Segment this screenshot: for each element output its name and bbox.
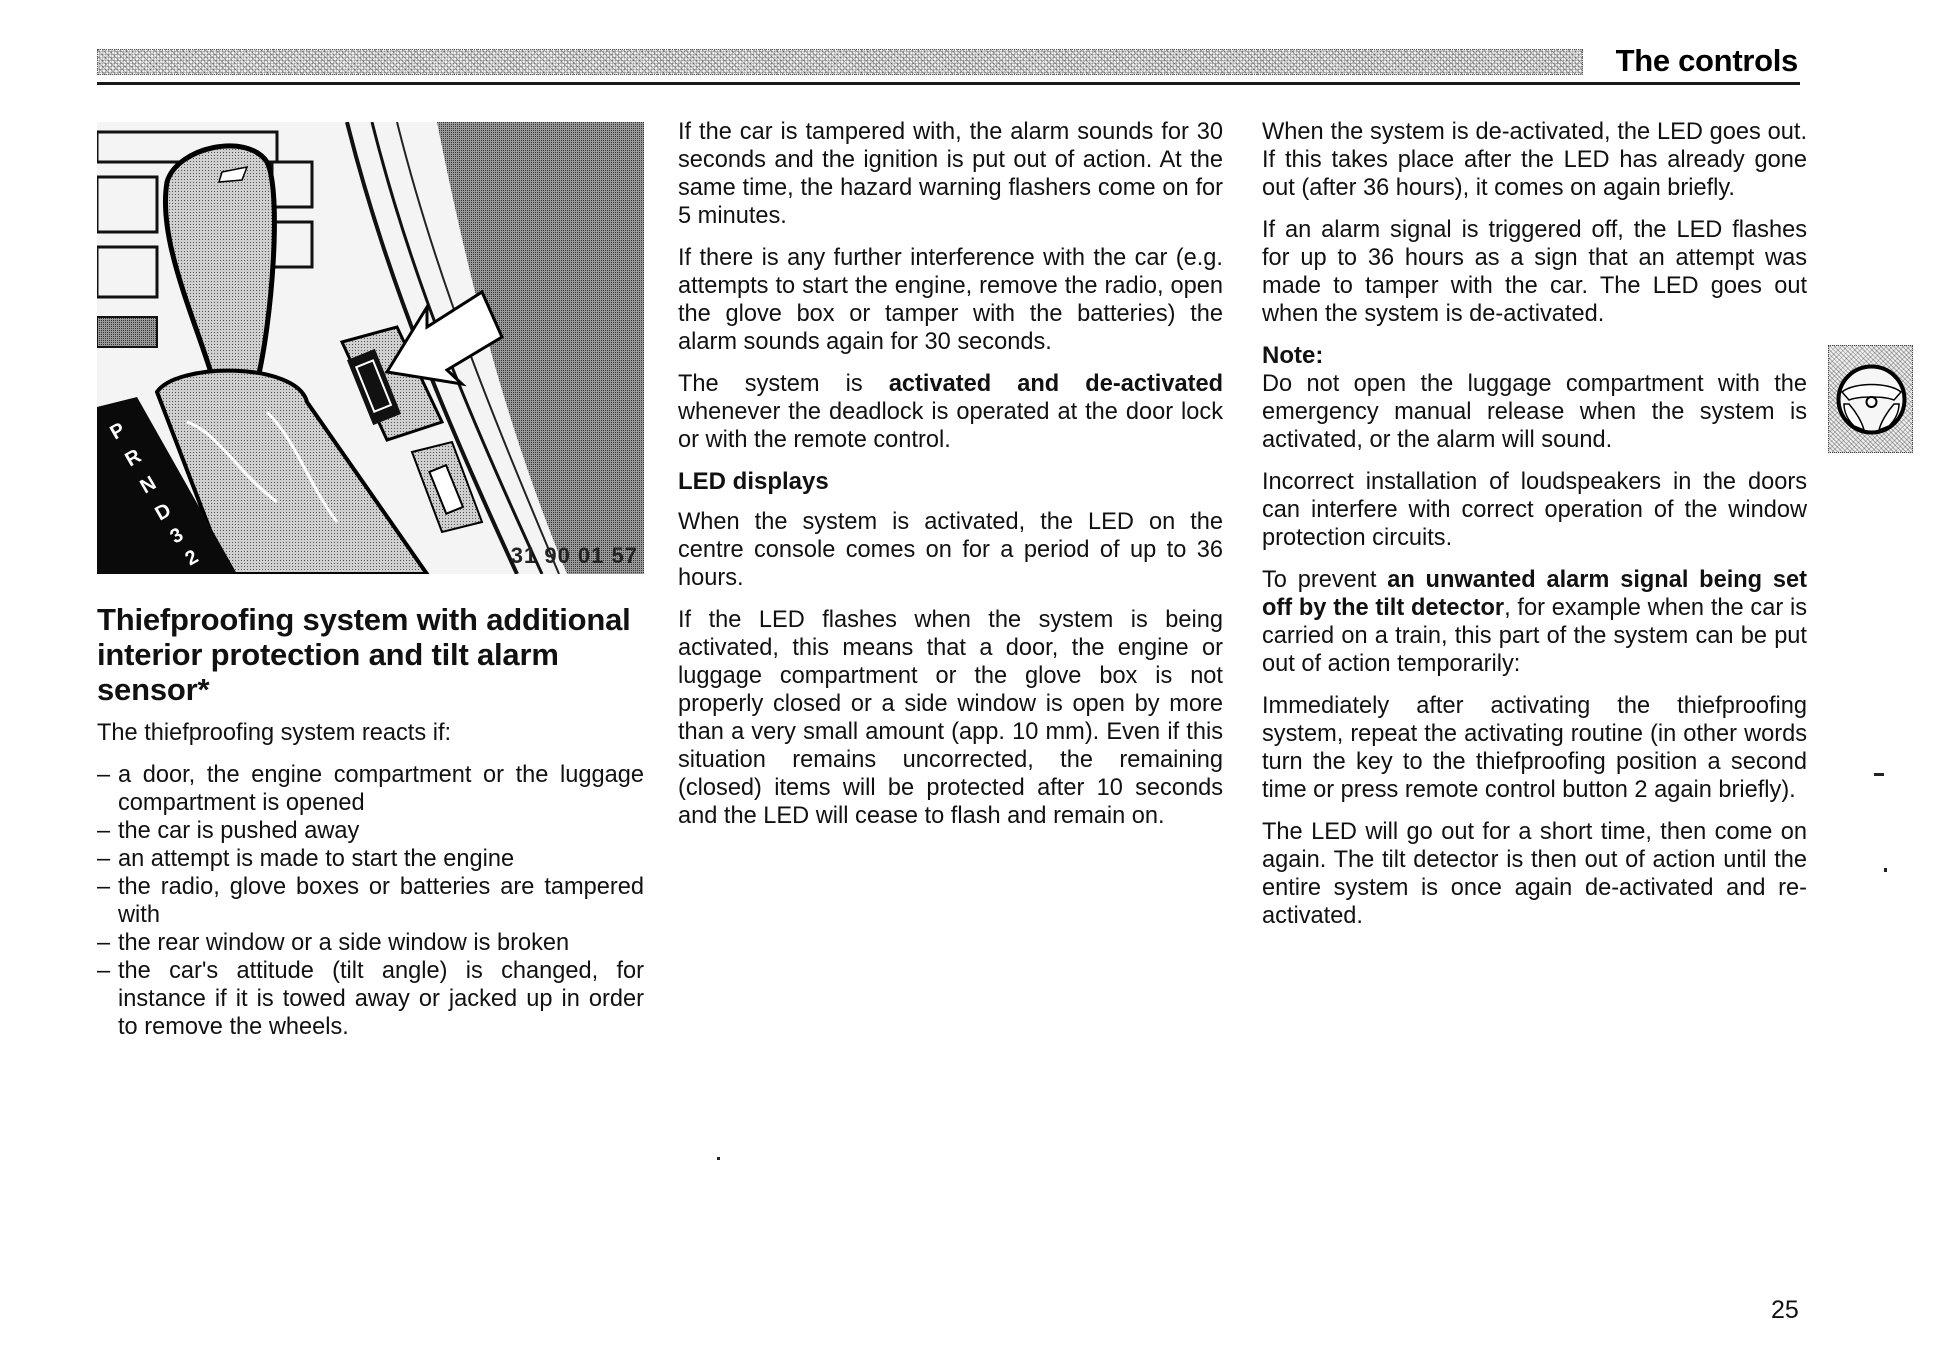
paragraph: If the LED flashes when the system is be… [678, 606, 1223, 830]
page-header: The controls [97, 44, 1800, 88]
text-run: To prevent [1262, 567, 1387, 593]
subheading-led-displays: LED displays [678, 468, 1223, 496]
paragraph: Incorrect installation of loudspeakers i… [1262, 468, 1807, 552]
scan-speck [1884, 868, 1887, 872]
scan-speck [717, 1157, 720, 1160]
paragraph: The LED will go out for a short time, th… [1262, 818, 1807, 930]
paragraph: The system is activated and de-acti­vate… [678, 370, 1223, 454]
paragraph: When the system is de-activated, the LED… [1262, 118, 1807, 202]
page-number: 25 [1771, 1296, 1799, 1325]
header-pattern-bar [97, 49, 1583, 75]
section-title: The controls [1616, 43, 1798, 79]
paragraph: If the car is tampered with, the alarm s… [678, 118, 1223, 230]
header-rule [97, 82, 1800, 85]
list-item: the car's attitude (tilt angle) is chang… [97, 957, 644, 1041]
paragraph: If there is any further interference wit… [678, 244, 1223, 356]
list-item: an attempt is made to start the engine [97, 845, 644, 873]
text-run: whenever the deadlock is operated at the… [678, 399, 1223, 453]
scan-speck [1874, 773, 1884, 776]
list-item: a door, the engine compartment or the lu… [97, 761, 644, 817]
middle-column: If the car is tampered with, the alarm s… [678, 118, 1223, 844]
list-item: the car is pushed away [97, 817, 644, 845]
left-column: P R N D 3 2 31 90 01 57 Thiefproofing sy… [97, 118, 644, 1041]
note-text: Do not open the luggage compartment with… [1262, 370, 1807, 454]
text-run: The system is [678, 371, 889, 397]
console-illustration: P R N D 3 2 31 90 01 57 [97, 122, 644, 574]
list-item: the radio, glove boxes or batteries are … [97, 873, 644, 929]
section-heading: Thiefproofing system with additional int… [97, 602, 644, 707]
emphasis: activated and de-acti­vated [889, 371, 1223, 397]
figure-code: 31 90 01 57 [511, 542, 638, 570]
paragraph: To prevent an unwanted alarm signal bein… [1262, 566, 1807, 678]
note-label: Note: [1262, 342, 1807, 370]
paragraph: Immediately after activating the thiefpr… [1262, 692, 1807, 804]
list-item: the rear window or a side window is brok… [97, 929, 644, 957]
steering-wheel-icon [1834, 362, 1909, 437]
intro-text: The thiefproofing system reacts if: [97, 719, 644, 747]
paragraph: If an alarm signal is triggered off, the… [1262, 216, 1807, 328]
chapter-tab [1828, 345, 1913, 453]
trigger-list: a door, the engine compartment or the lu… [97, 761, 644, 1041]
right-column: When the system is de-activated, the LED… [1262, 118, 1807, 944]
gear-selector-illustration: P R N D 3 2 [97, 122, 644, 574]
paragraph: When the system is activated, the LED on… [678, 508, 1223, 592]
